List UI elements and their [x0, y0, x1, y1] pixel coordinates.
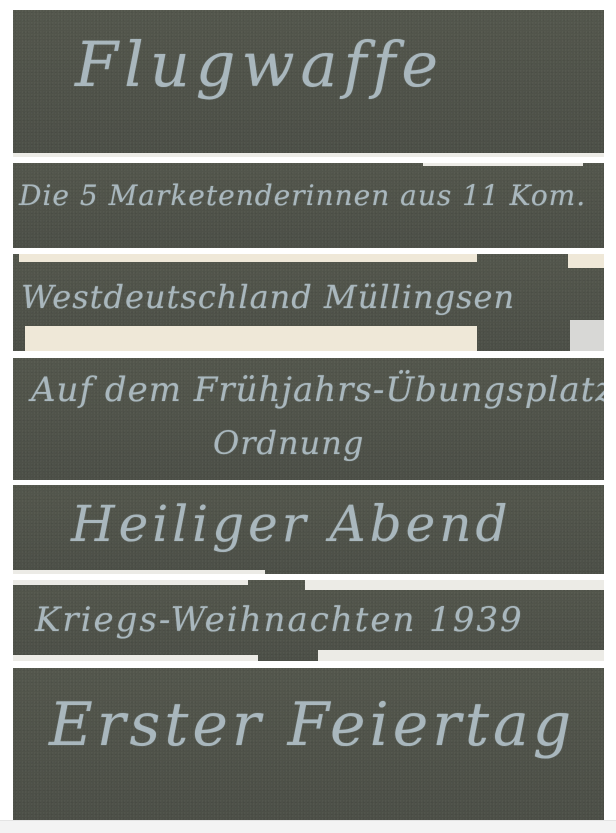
caption-text: Die 5 Marketenderinnen aus 11 Kom. — [19, 179, 586, 212]
photo-edge — [423, 163, 583, 166]
caption-strip-5: Heiliger Abend — [13, 485, 604, 574]
photo-edge-bottom-left — [13, 655, 258, 661]
photo-edge-bottom — [25, 326, 477, 351]
caption-text: Westdeutschland Müllingsen — [21, 278, 515, 316]
photo-edge-top — [19, 254, 477, 262]
caption-strip-7: Erster Feiertag — [13, 668, 604, 820]
caption-strip-3: Westdeutschland Müllingsen — [13, 254, 604, 351]
photo-edge-bottom — [13, 570, 265, 574]
caption-text-line-2: Ordnung — [213, 424, 364, 462]
photo-corner-bottom-right — [570, 320, 604, 351]
caption-text: Heiliger Abend — [71, 495, 511, 553]
caption-strip-6: Kriegs-Weihnachten 1939 — [13, 580, 604, 661]
caption-strip-1: Flugwaffe — [13, 10, 604, 157]
photo-edge-top-right — [305, 580, 604, 590]
photo-edge-top-right — [568, 254, 604, 268]
caption-text: Kriegs-Weihnachten 1939 — [35, 600, 524, 640]
viewer-bottom-bar — [0, 820, 616, 833]
photo-edge-bottom-right — [318, 650, 604, 661]
photo-edge-top-left — [13, 580, 248, 585]
caption-strip-2: Die 5 Marketenderinnen aus 11 Kom. — [13, 163, 604, 248]
caption-text-line-1: Auf dem Frühjahrs-Übungsplatz — [31, 370, 604, 410]
caption-text: Erster Feiertag — [49, 690, 575, 760]
photo-corner — [13, 153, 604, 157]
caption-strip-4: Auf dem Frühjahrs-Übungsplatz Ordnung — [13, 358, 604, 480]
caption-text: Flugwaffe — [75, 28, 444, 101]
